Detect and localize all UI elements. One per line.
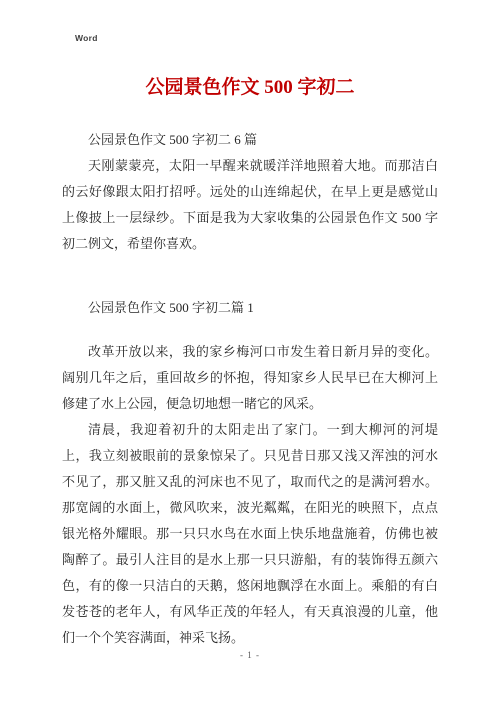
intro-paragraph: 天刚蒙蒙亮，太阳一早醒来就暖洋洋地照着大地。而那洁白的云好像跟太阳打招呼。远处的…	[62, 153, 438, 257]
document-page: Word 公园景色作文 500 字初二 公园景色作文 500 字初二 6 篇 天…	[0, 0, 500, 707]
document-title: 公园景色作文 500 字初二	[62, 76, 438, 100]
body-paragraph-1: 改革开放以来，我的家乡梅河口市发生着日新月异的变化。阔别几年之后，重回故乡的怀抱…	[62, 339, 438, 417]
section-heading: 公园景色作文 500 字初二篇 1	[62, 295, 438, 321]
document-content: 公园景色作文 500 字初二 公园景色作文 500 字初二 6 篇 天刚蒙蒙亮，…	[62, 0, 438, 651]
body-paragraph-2: 清晨，我迎着初升的太阳走出了家门。一到大柳河的河堤上，我立刻被眼前的景象惊呆了。…	[62, 417, 438, 651]
document-subtitle: 公园景色作文 500 字初二 6 篇	[62, 127, 438, 153]
page-number: - 1 -	[0, 650, 500, 660]
